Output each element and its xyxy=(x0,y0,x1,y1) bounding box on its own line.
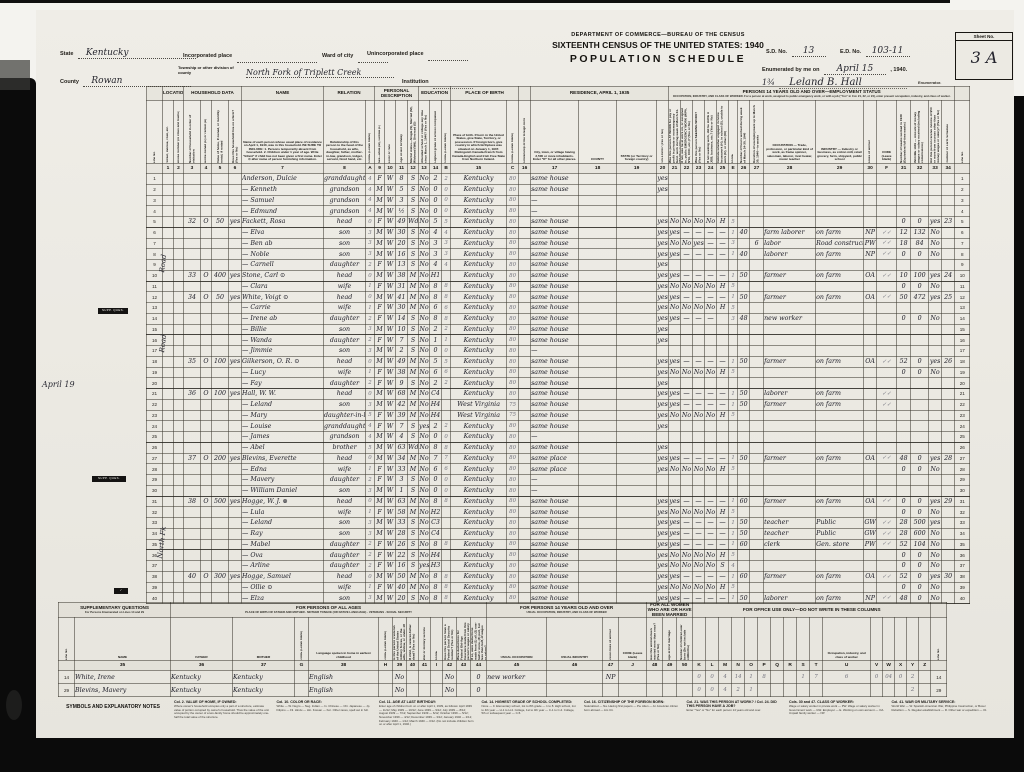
cell-c16 xyxy=(519,324,531,335)
group-header: FOR PERSONS 14 YEARS OLD AND OVERUSUAL O… xyxy=(487,603,647,618)
colhead-sN xyxy=(732,618,745,661)
cell-c3: 37 xyxy=(184,453,201,464)
cell-c14: 3 xyxy=(430,238,442,249)
cell-c34 xyxy=(942,206,955,217)
cell-cC: 80 xyxy=(507,270,519,281)
cell-c3 xyxy=(184,238,201,249)
cell-c31 xyxy=(897,195,911,206)
cell-cC: 80 xyxy=(507,184,519,195)
colhead-c22: If not, was he at work on, or assigned t… xyxy=(681,101,693,164)
cell-cC: 80 xyxy=(507,539,519,550)
cell-c11: 58 xyxy=(396,507,408,518)
cell-c2 xyxy=(174,292,184,303)
footnote-body: Enter age of children born on or after A… xyxy=(379,705,476,727)
cell-c10: W xyxy=(385,184,396,195)
cell-c3 xyxy=(184,464,201,475)
cell-c30 xyxy=(864,432,877,443)
cell-cF xyxy=(877,367,897,378)
cell-c24 xyxy=(705,335,717,346)
cell-cC: 80 xyxy=(507,518,519,529)
cell-cB: 8 xyxy=(442,539,451,550)
cell-c13: No xyxy=(419,249,430,260)
colnum-sl xyxy=(59,661,75,671)
cell-c22 xyxy=(681,432,693,443)
cell-c2 xyxy=(174,539,184,550)
cell-c32: 104 xyxy=(911,539,929,550)
cell-cB: 6 xyxy=(442,464,451,475)
colnum-sP: P xyxy=(758,661,771,671)
cell-c6 xyxy=(229,238,242,249)
cell-lnr: 30 xyxy=(955,485,970,496)
cell-c3 xyxy=(184,367,201,378)
colhead-c25: Indicate whether engaged in home housewo… xyxy=(717,101,729,164)
cell-c30 xyxy=(864,174,877,185)
cell-c28 xyxy=(764,550,816,561)
cell-c24: — xyxy=(705,496,717,507)
cell-cA: 5 xyxy=(366,410,375,421)
cell-sN: 2 xyxy=(732,684,745,697)
cell-c21 xyxy=(669,335,681,346)
cell-c28 xyxy=(764,561,816,572)
cell-cF: ✓✓ xyxy=(877,249,897,260)
cell-cE: 1 xyxy=(729,270,738,281)
cell-c19 xyxy=(617,184,657,195)
cell-c7: — Jimmie xyxy=(242,346,324,357)
cell-c17: same house xyxy=(531,550,579,561)
cell-c18 xyxy=(579,518,617,529)
cell-c10: W xyxy=(385,174,396,185)
cell-c23: No xyxy=(693,410,705,421)
cell-c27 xyxy=(750,260,764,271)
data-row: 14— Irene abdaughter2FW14SNo88Kentucky80… xyxy=(147,313,970,324)
data-row: 1234O50yesWhite, Voigt ⊙head0MW41MNo88Ke… xyxy=(147,292,970,303)
cell-cC: 80 xyxy=(507,281,519,292)
cell-c15: Kentucky xyxy=(451,518,507,529)
colhead-cA: CODE (Leave blank) xyxy=(366,101,375,164)
cell-cE xyxy=(729,324,738,335)
cell-c2 xyxy=(174,485,184,496)
cell-cB xyxy=(442,561,451,572)
cell-c3: 35 xyxy=(184,356,201,367)
cell-cE: 5 xyxy=(729,303,738,314)
cell-c31: 28 xyxy=(897,518,911,529)
cell-c32 xyxy=(911,195,929,206)
cell-sR xyxy=(784,684,797,697)
cell-c2 xyxy=(174,313,184,324)
cell-c23 xyxy=(693,378,705,389)
cell-c17: same house xyxy=(531,367,579,378)
cell-c1 xyxy=(163,281,174,292)
cell-cB: 2 xyxy=(442,378,451,389)
cell-c10: W xyxy=(385,507,396,518)
cell-c4: O xyxy=(201,571,212,582)
cell-c29 xyxy=(816,206,864,217)
group-header: FOR PERSONS OF ALL AGESPLACE OF BIRTH OF… xyxy=(171,603,487,618)
cell-c17: same house xyxy=(531,571,579,582)
cell-c33 xyxy=(929,378,942,389)
cell-c11: 5 xyxy=(396,184,408,195)
scan-edge-bottom xyxy=(0,738,1024,772)
cell-c30 xyxy=(864,206,877,217)
data-row: 16— Wandadaughter2FW7SNo11Kentucky80same… xyxy=(147,335,970,346)
cell-c15: Kentucky xyxy=(451,238,507,249)
cell-c21: No xyxy=(669,561,681,572)
cell-s38: English xyxy=(309,684,379,697)
cell-cE: 5 xyxy=(729,582,738,593)
cell-cB: 0 xyxy=(442,432,451,443)
cell-c30: OA xyxy=(864,453,877,464)
cell-s35: Blevins, Mavery xyxy=(75,684,171,697)
cell-c29: on farm xyxy=(816,389,864,400)
cell-c6: yes xyxy=(229,389,242,400)
cell-c30 xyxy=(864,421,877,432)
cell-c26: 50 xyxy=(738,389,750,400)
cell-c27 xyxy=(750,378,764,389)
cell-c34 xyxy=(942,421,955,432)
cell-c18 xyxy=(579,313,617,324)
colhead-cC: CODE (Leave blank) xyxy=(507,101,519,164)
cell-c9: M xyxy=(375,356,385,367)
cell-c20: yes xyxy=(657,303,669,314)
cell-c13: No xyxy=(419,571,430,582)
cell-s50 xyxy=(677,684,693,697)
cell-c26 xyxy=(738,378,750,389)
cell-c25: — xyxy=(717,389,729,400)
colnum-c18: 18 xyxy=(579,164,617,174)
cell-c30 xyxy=(864,217,877,228)
cell-c23: — xyxy=(693,399,705,410)
cell-sV: 0 xyxy=(871,671,883,684)
cell-cB xyxy=(442,389,451,400)
cell-c15: Kentucky xyxy=(451,281,507,292)
cell-cF xyxy=(877,217,897,228)
cell-c33 xyxy=(929,335,942,346)
cell-c26 xyxy=(738,324,750,335)
cell-c21: No xyxy=(669,507,681,518)
cell-c25: H xyxy=(717,582,729,593)
cell-c4 xyxy=(201,528,212,539)
cell-ln: 39 xyxy=(147,582,163,593)
colhead-sP xyxy=(758,618,771,661)
cell-c29: Public xyxy=(816,518,864,529)
cell-c25: — xyxy=(717,496,729,507)
cell-sO: 1 xyxy=(745,684,758,697)
cell-c12: S xyxy=(408,324,419,335)
cell-c31: 52 xyxy=(897,539,911,550)
cell-c25 xyxy=(717,195,729,206)
colhead-c34: Number of Farm Schedule xyxy=(942,101,955,164)
cell-c5: 50 xyxy=(212,292,229,303)
cell-lnr: 31 xyxy=(955,496,970,507)
cell-c32: 0 xyxy=(911,313,929,324)
data-row: 15— Billieson3MW10SNo22Kentucky80same ho… xyxy=(147,324,970,335)
cell-c31: 0 xyxy=(897,582,911,593)
cell-cA: 2 xyxy=(366,335,375,346)
cell-c27 xyxy=(750,561,764,572)
cell-c6 xyxy=(229,184,242,195)
cell-c20 xyxy=(657,206,669,217)
cell-ln: 18 xyxy=(147,356,163,367)
cell-c9: M xyxy=(375,195,385,206)
cell-c26: 50 xyxy=(738,270,750,281)
cell-c15: Kentucky xyxy=(451,464,507,475)
colhead-sT xyxy=(810,618,823,661)
colhead-s42: Does this person have a Federal Social S… xyxy=(443,618,457,661)
cell-c6: yes xyxy=(229,571,242,582)
cell-c14: 2 xyxy=(430,421,442,432)
cell-c28 xyxy=(764,378,816,389)
cell-c26 xyxy=(738,281,750,292)
cell-c1 xyxy=(163,174,174,185)
cell-c26: 60 xyxy=(738,496,750,507)
footnote-item: Col. 11. AGE AT LAST BIRTHDAY:Enter age … xyxy=(379,700,476,740)
cell-sY: 2 xyxy=(907,684,919,697)
incorporated-place-line xyxy=(237,44,317,63)
footnote-body: Where owner's household occupies only a … xyxy=(174,705,271,720)
cell-c23: — xyxy=(693,571,705,582)
cell-c13: No xyxy=(419,475,430,486)
cell-c21: yes xyxy=(669,528,681,539)
cell-slr: 29 xyxy=(931,684,947,697)
colhead-sK xyxy=(693,618,706,661)
cell-c29: Road construction xyxy=(816,238,864,249)
cell-c8: wife xyxy=(324,281,366,292)
cell-c5 xyxy=(212,378,229,389)
cell-c15: Kentucky xyxy=(451,442,507,453)
colnum-cC: C xyxy=(507,164,519,174)
cell-c14: 3 xyxy=(430,249,442,260)
cell-c9: F xyxy=(375,303,385,314)
cell-c16 xyxy=(519,571,531,582)
cell-c16 xyxy=(519,410,531,421)
cell-c15: Kentucky xyxy=(451,292,507,303)
cell-c28 xyxy=(764,260,816,271)
cell-c33: No xyxy=(929,227,942,238)
cell-c4 xyxy=(201,518,212,529)
cell-c33: No xyxy=(929,539,942,550)
cell-ln: 19 xyxy=(147,367,163,378)
cell-sL: 0 xyxy=(706,684,719,697)
cell-c11: 63 xyxy=(396,442,408,453)
cell-c18 xyxy=(579,324,617,335)
cell-c6: yes xyxy=(229,496,242,507)
footnote-body: Naturalized — Na. Having first papers — … xyxy=(584,705,681,712)
cell-c7: Hall, W. W. xyxy=(242,389,324,400)
cell-c23: No xyxy=(693,367,705,378)
cell-c5 xyxy=(212,184,229,195)
cell-cB: 7 xyxy=(442,453,451,464)
cell-c22: — xyxy=(681,571,693,582)
cell-c3: 34 xyxy=(184,292,201,303)
cell-c27 xyxy=(750,174,764,185)
cell-c26: 50 xyxy=(738,292,750,303)
cell-c34 xyxy=(942,485,955,496)
cell-sR xyxy=(784,671,797,684)
cell-c2 xyxy=(174,410,184,421)
cell-ln: 14 xyxy=(147,313,163,324)
cell-s47: NP xyxy=(603,671,619,684)
cell-c22: — xyxy=(681,389,693,400)
cell-s45: new worker xyxy=(487,671,547,684)
cell-c4 xyxy=(201,485,212,496)
cell-c3 xyxy=(184,303,201,314)
cell-c19 xyxy=(617,303,657,314)
cell-cC: 80 xyxy=(507,206,519,217)
incorporated-place-field: Incorporated place xyxy=(183,44,317,63)
cell-c22: — xyxy=(681,496,693,507)
colhead-c24: If not seeking work, did he HAVE A JOB, … xyxy=(705,101,717,164)
cell-c33 xyxy=(929,410,942,421)
cell-c21: yes xyxy=(669,389,681,400)
cell-c4 xyxy=(201,195,212,206)
cell-c18 xyxy=(579,217,617,228)
cell-c5 xyxy=(212,464,229,475)
data-row: 25— Jamesgrandson4MW4SNo00Kentucky80—25 xyxy=(147,432,970,443)
cell-c8: son xyxy=(324,249,366,260)
cell-c16 xyxy=(519,313,531,324)
cell-c24 xyxy=(705,174,717,185)
cell-cA: 1 xyxy=(366,367,375,378)
cell-c16 xyxy=(519,561,531,572)
cell-c8: head xyxy=(324,292,366,303)
cell-c25: H xyxy=(717,550,729,561)
cell-s37: Kentucky xyxy=(233,671,295,684)
colnum-sI: I xyxy=(431,661,443,671)
cell-lnr: 7 xyxy=(955,238,970,249)
cell-c9: M xyxy=(375,249,385,260)
cell-c20: yes xyxy=(657,270,669,281)
cell-cB: 0 xyxy=(442,346,451,357)
cell-s35: White, Irene xyxy=(75,671,171,684)
cell-c23: — xyxy=(693,528,705,539)
cell-c28: clerk xyxy=(764,539,816,550)
cell-cC: 80 xyxy=(507,442,519,453)
cell-c27 xyxy=(750,399,764,410)
cell-c20: yes xyxy=(657,464,669,475)
cell-c28 xyxy=(764,346,816,357)
cell-c15: Kentucky xyxy=(451,421,507,432)
census-scan-page: State Kentucky Incorporated place Ward o… xyxy=(0,0,1024,772)
cell-c3 xyxy=(184,539,201,550)
cell-c9: M xyxy=(375,227,385,238)
cell-s43 xyxy=(457,671,471,684)
cell-cC: 80 xyxy=(507,389,519,400)
cell-c2 xyxy=(174,475,184,486)
colhead-sI: CODE xyxy=(431,618,443,661)
cell-c26: 50 xyxy=(738,528,750,539)
cell-c11: 7 xyxy=(396,421,408,432)
cell-sW: 04 xyxy=(883,671,895,684)
cell-c5 xyxy=(212,550,229,561)
cell-c17: same house xyxy=(531,539,579,550)
cell-c25: H xyxy=(717,410,729,421)
supplementary-table: SUPPLEMENTARY QUESTIONSFor Persons Enume… xyxy=(58,602,947,697)
cell-c12: M xyxy=(408,453,419,464)
cell-c22: No xyxy=(681,281,693,292)
cell-c22 xyxy=(681,260,693,271)
cell-c12: Wd xyxy=(408,442,419,453)
cell-c27 xyxy=(750,485,764,496)
cell-c29: on farm xyxy=(816,356,864,367)
cell-c9: F xyxy=(375,421,385,432)
colnum-s38: 38 xyxy=(309,661,379,671)
cell-c28: farmer xyxy=(764,292,816,303)
cell-c6 xyxy=(229,313,242,324)
cell-c17: same house xyxy=(531,356,579,367)
cell-c15: Kentucky xyxy=(451,174,507,185)
cell-c13: No xyxy=(419,174,430,185)
cell-c20 xyxy=(657,475,669,486)
cell-ln: 7 xyxy=(147,238,163,249)
cell-c28 xyxy=(764,324,816,335)
cell-cC: 80 xyxy=(507,195,519,206)
cell-c19 xyxy=(617,453,657,464)
cell-c16 xyxy=(519,421,531,432)
cell-c25 xyxy=(717,346,729,357)
cell-c5: 300 xyxy=(212,571,229,582)
cell-c12: M xyxy=(408,571,419,582)
cell-c9: M xyxy=(375,346,385,357)
group-header: HOUSEHOLD DATA xyxy=(184,87,242,101)
cell-c12: S xyxy=(408,485,419,496)
cell-c18 xyxy=(579,582,617,593)
cell-c23: — xyxy=(693,313,705,324)
cell-cC: 80 xyxy=(507,313,519,324)
cell-c3 xyxy=(184,399,201,410)
cell-c8: son xyxy=(324,518,366,529)
cell-c21: yes xyxy=(669,539,681,550)
cell-c22 xyxy=(681,485,693,496)
cell-c32 xyxy=(911,260,929,271)
cell-c10: W xyxy=(385,399,396,410)
cell-c14: 0 xyxy=(430,346,442,357)
cell-c8: grandson xyxy=(324,206,366,217)
cell-c34: 28 xyxy=(942,453,955,464)
cell-c27 xyxy=(750,582,764,593)
cell-cC: 80 xyxy=(507,485,519,496)
cell-c25: — xyxy=(717,571,729,582)
cell-c16 xyxy=(519,238,531,249)
cell-c19 xyxy=(617,410,657,421)
cell-c10: W xyxy=(385,464,396,475)
cell-cB: 2 xyxy=(442,421,451,432)
cell-c23 xyxy=(693,184,705,195)
cell-cC: 80 xyxy=(507,496,519,507)
colhead-c27: Duration of unemployment up to March 30,… xyxy=(750,101,764,164)
cell-c33: No xyxy=(929,550,942,561)
colnum-s37: 37 xyxy=(233,661,295,671)
cell-c11: 38 xyxy=(396,270,408,281)
cell-c24 xyxy=(705,346,717,357)
cell-c1 xyxy=(163,389,174,400)
colnum-c31: 31 xyxy=(897,164,911,174)
colhead-c16: Citizenship of the foreign born xyxy=(519,101,531,164)
footnote-item: Col. 10. COLOR OR RACE:White — W. Negro … xyxy=(277,700,374,740)
cell-c11: 16 xyxy=(396,561,408,572)
cell-c19 xyxy=(617,442,657,453)
cell-c28: new worker xyxy=(764,313,816,324)
cell-cC: 80 xyxy=(507,260,519,271)
cell-c20: yes xyxy=(657,507,669,518)
unincorporated-line xyxy=(428,42,468,61)
cell-c11: 20 xyxy=(396,238,408,249)
cell-c28 xyxy=(764,485,816,496)
cell-c22: No xyxy=(681,561,693,572)
group-header: NAME xyxy=(242,87,324,101)
cell-c5 xyxy=(212,227,229,238)
cell-c2 xyxy=(174,464,184,475)
colnum-s39: 39 xyxy=(393,661,407,671)
